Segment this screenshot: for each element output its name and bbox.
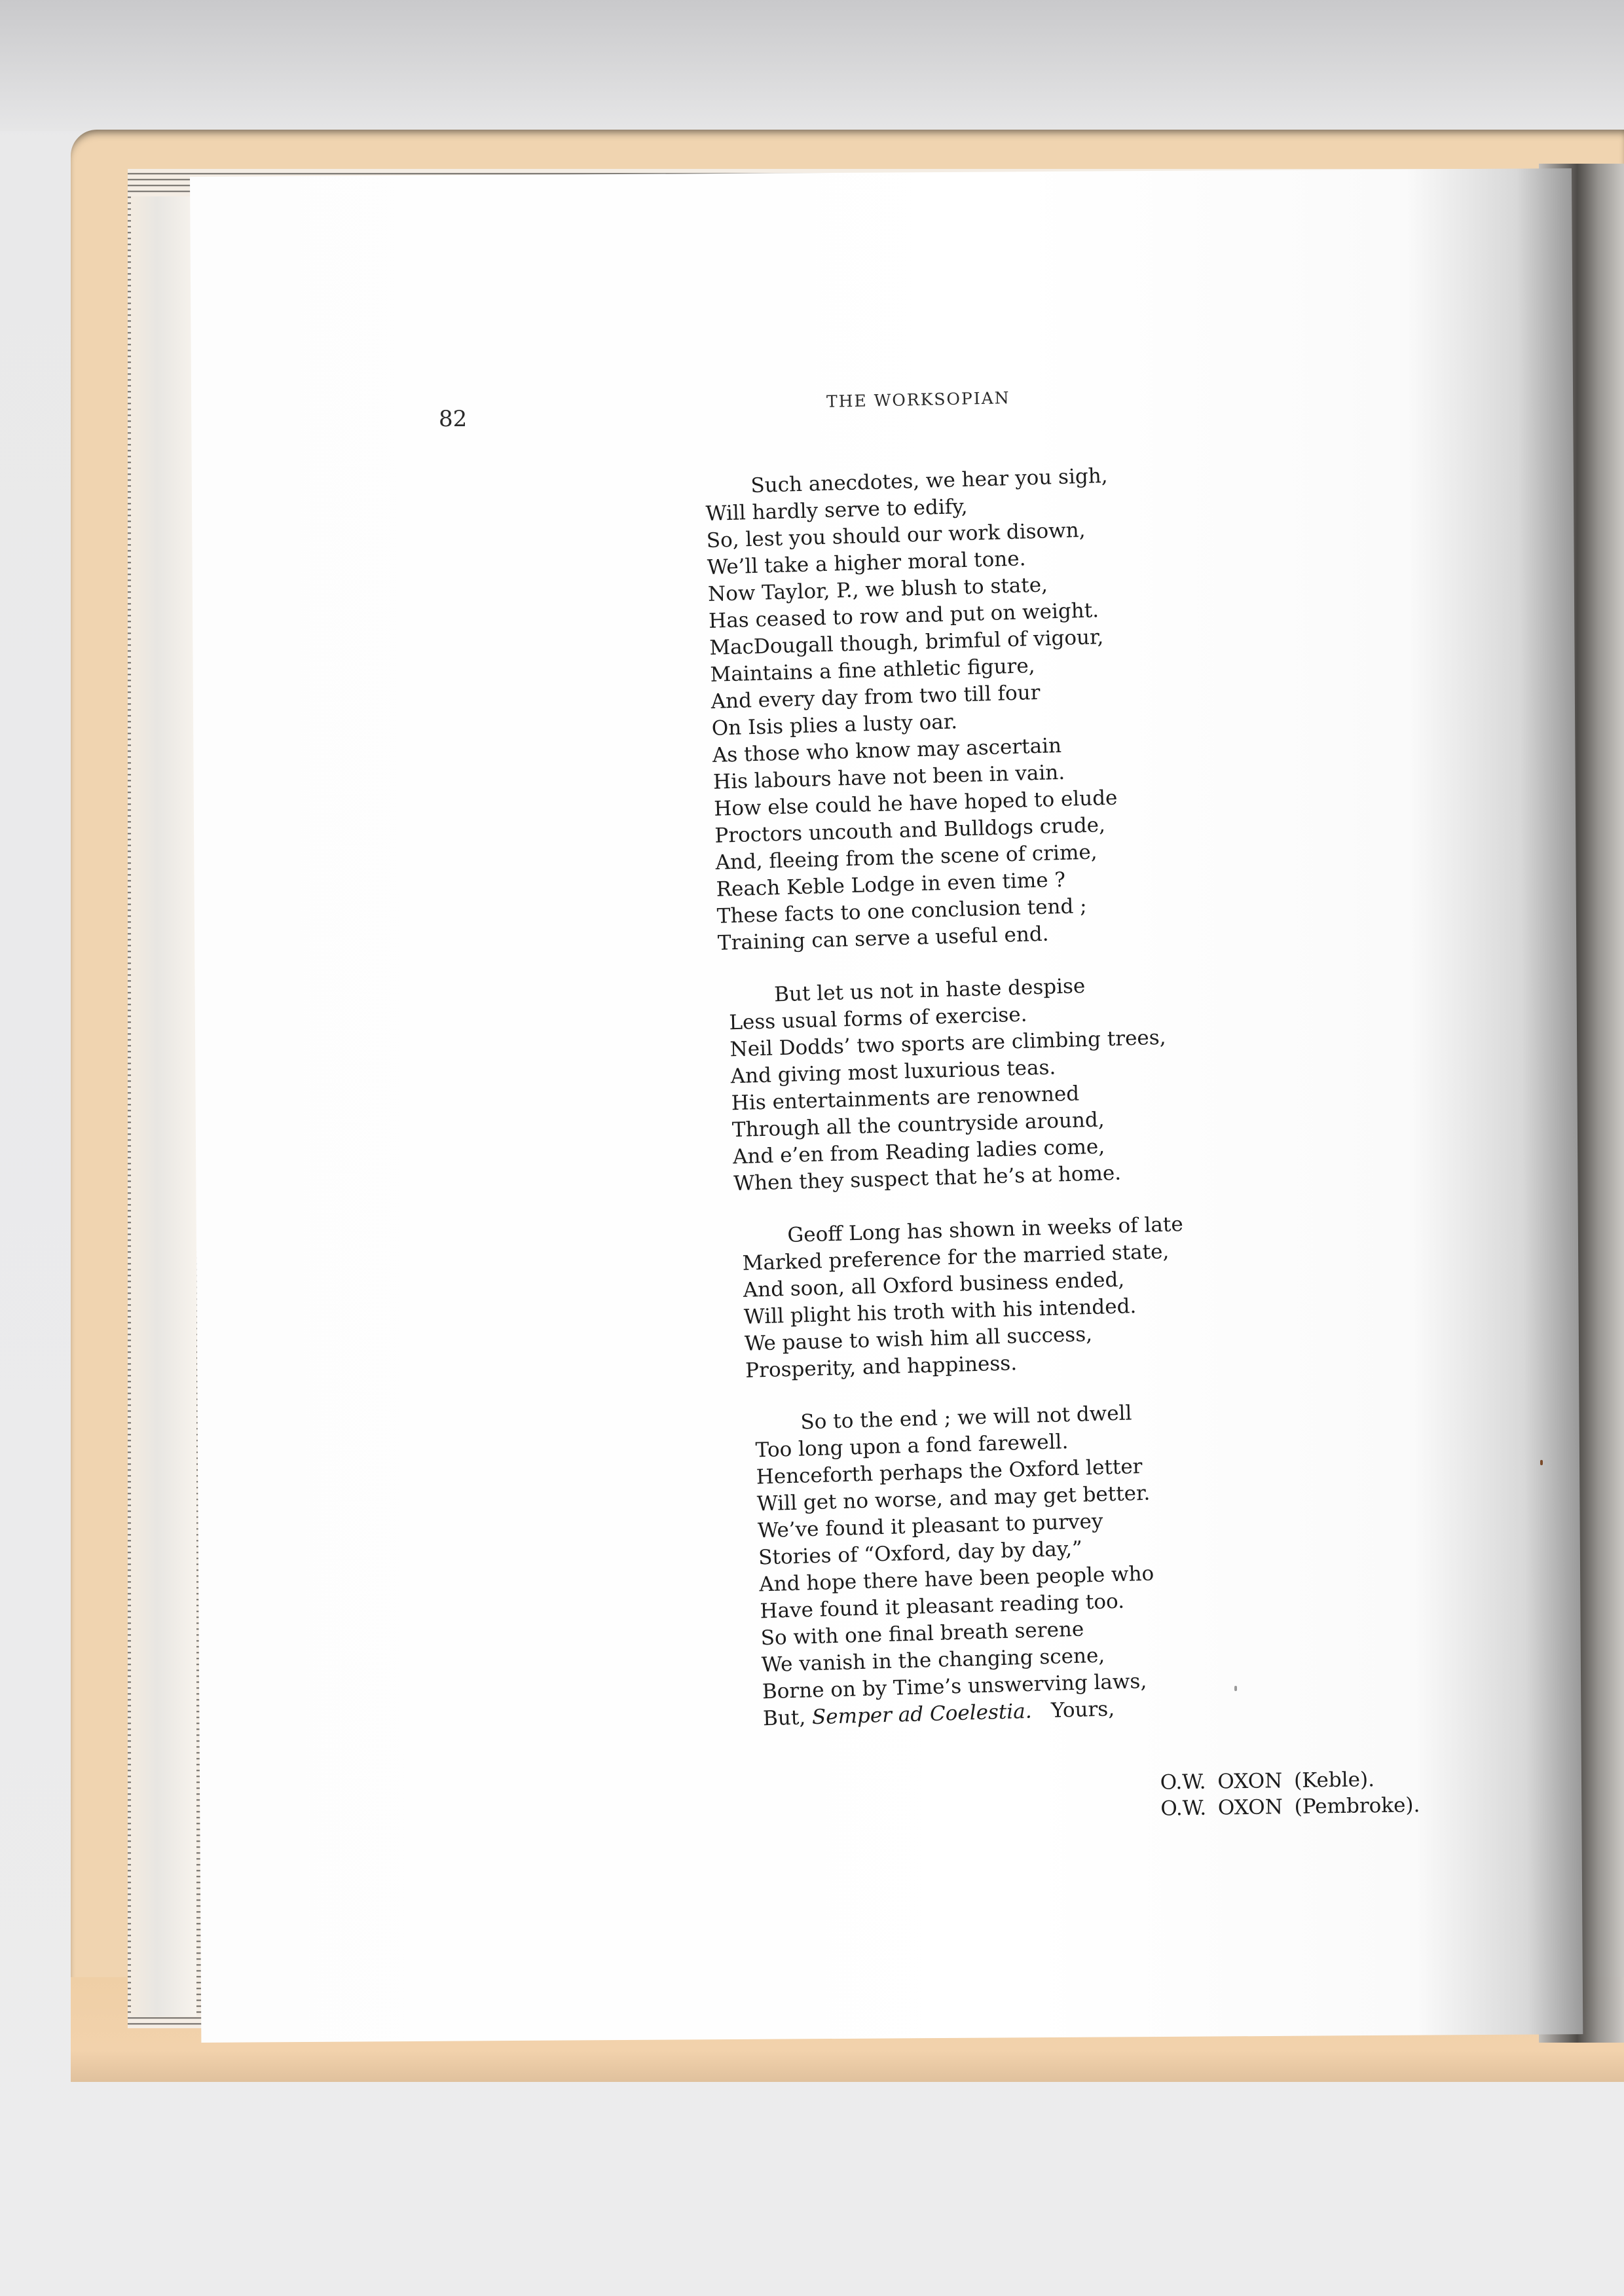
stanza-1: Such anecdotes, we hear you sigh, Will h… bbox=[705, 456, 1373, 957]
stanza-3: Geoff Long has shown in weeks of late Ma… bbox=[726, 1206, 1384, 1385]
paper-speck bbox=[1234, 1686, 1237, 1691]
scanner-background bbox=[0, 0, 1624, 131]
paper-speck bbox=[1540, 1460, 1543, 1465]
poem: Such anecdotes, we hear you sigh, Will h… bbox=[705, 456, 1395, 1759]
closing-yours: Yours, bbox=[1031, 1697, 1115, 1723]
running-title: THE WORKSOPIAN bbox=[826, 388, 1010, 411]
stanza-4: So to the end ; we will not dwell Too lo… bbox=[731, 1393, 1394, 1734]
page-stack-left-edge bbox=[131, 196, 196, 2016]
page-number: 82 bbox=[439, 406, 467, 432]
signature-keble: O.W. OXON (Keble). bbox=[1160, 1766, 1420, 1796]
signature-pembroke: O.W. OXON (Pembroke). bbox=[1160, 1792, 1420, 1822]
stanza-2: But let us not in haste despise Less usu… bbox=[719, 965, 1380, 1198]
signature-block: O.W. OXON (Keble). O.W. OXON (Pembroke). bbox=[1160, 1766, 1420, 1822]
closing-prefix: But, bbox=[763, 1705, 813, 1730]
latin-motto: Semper ad Coelestia. bbox=[812, 1700, 1033, 1729]
